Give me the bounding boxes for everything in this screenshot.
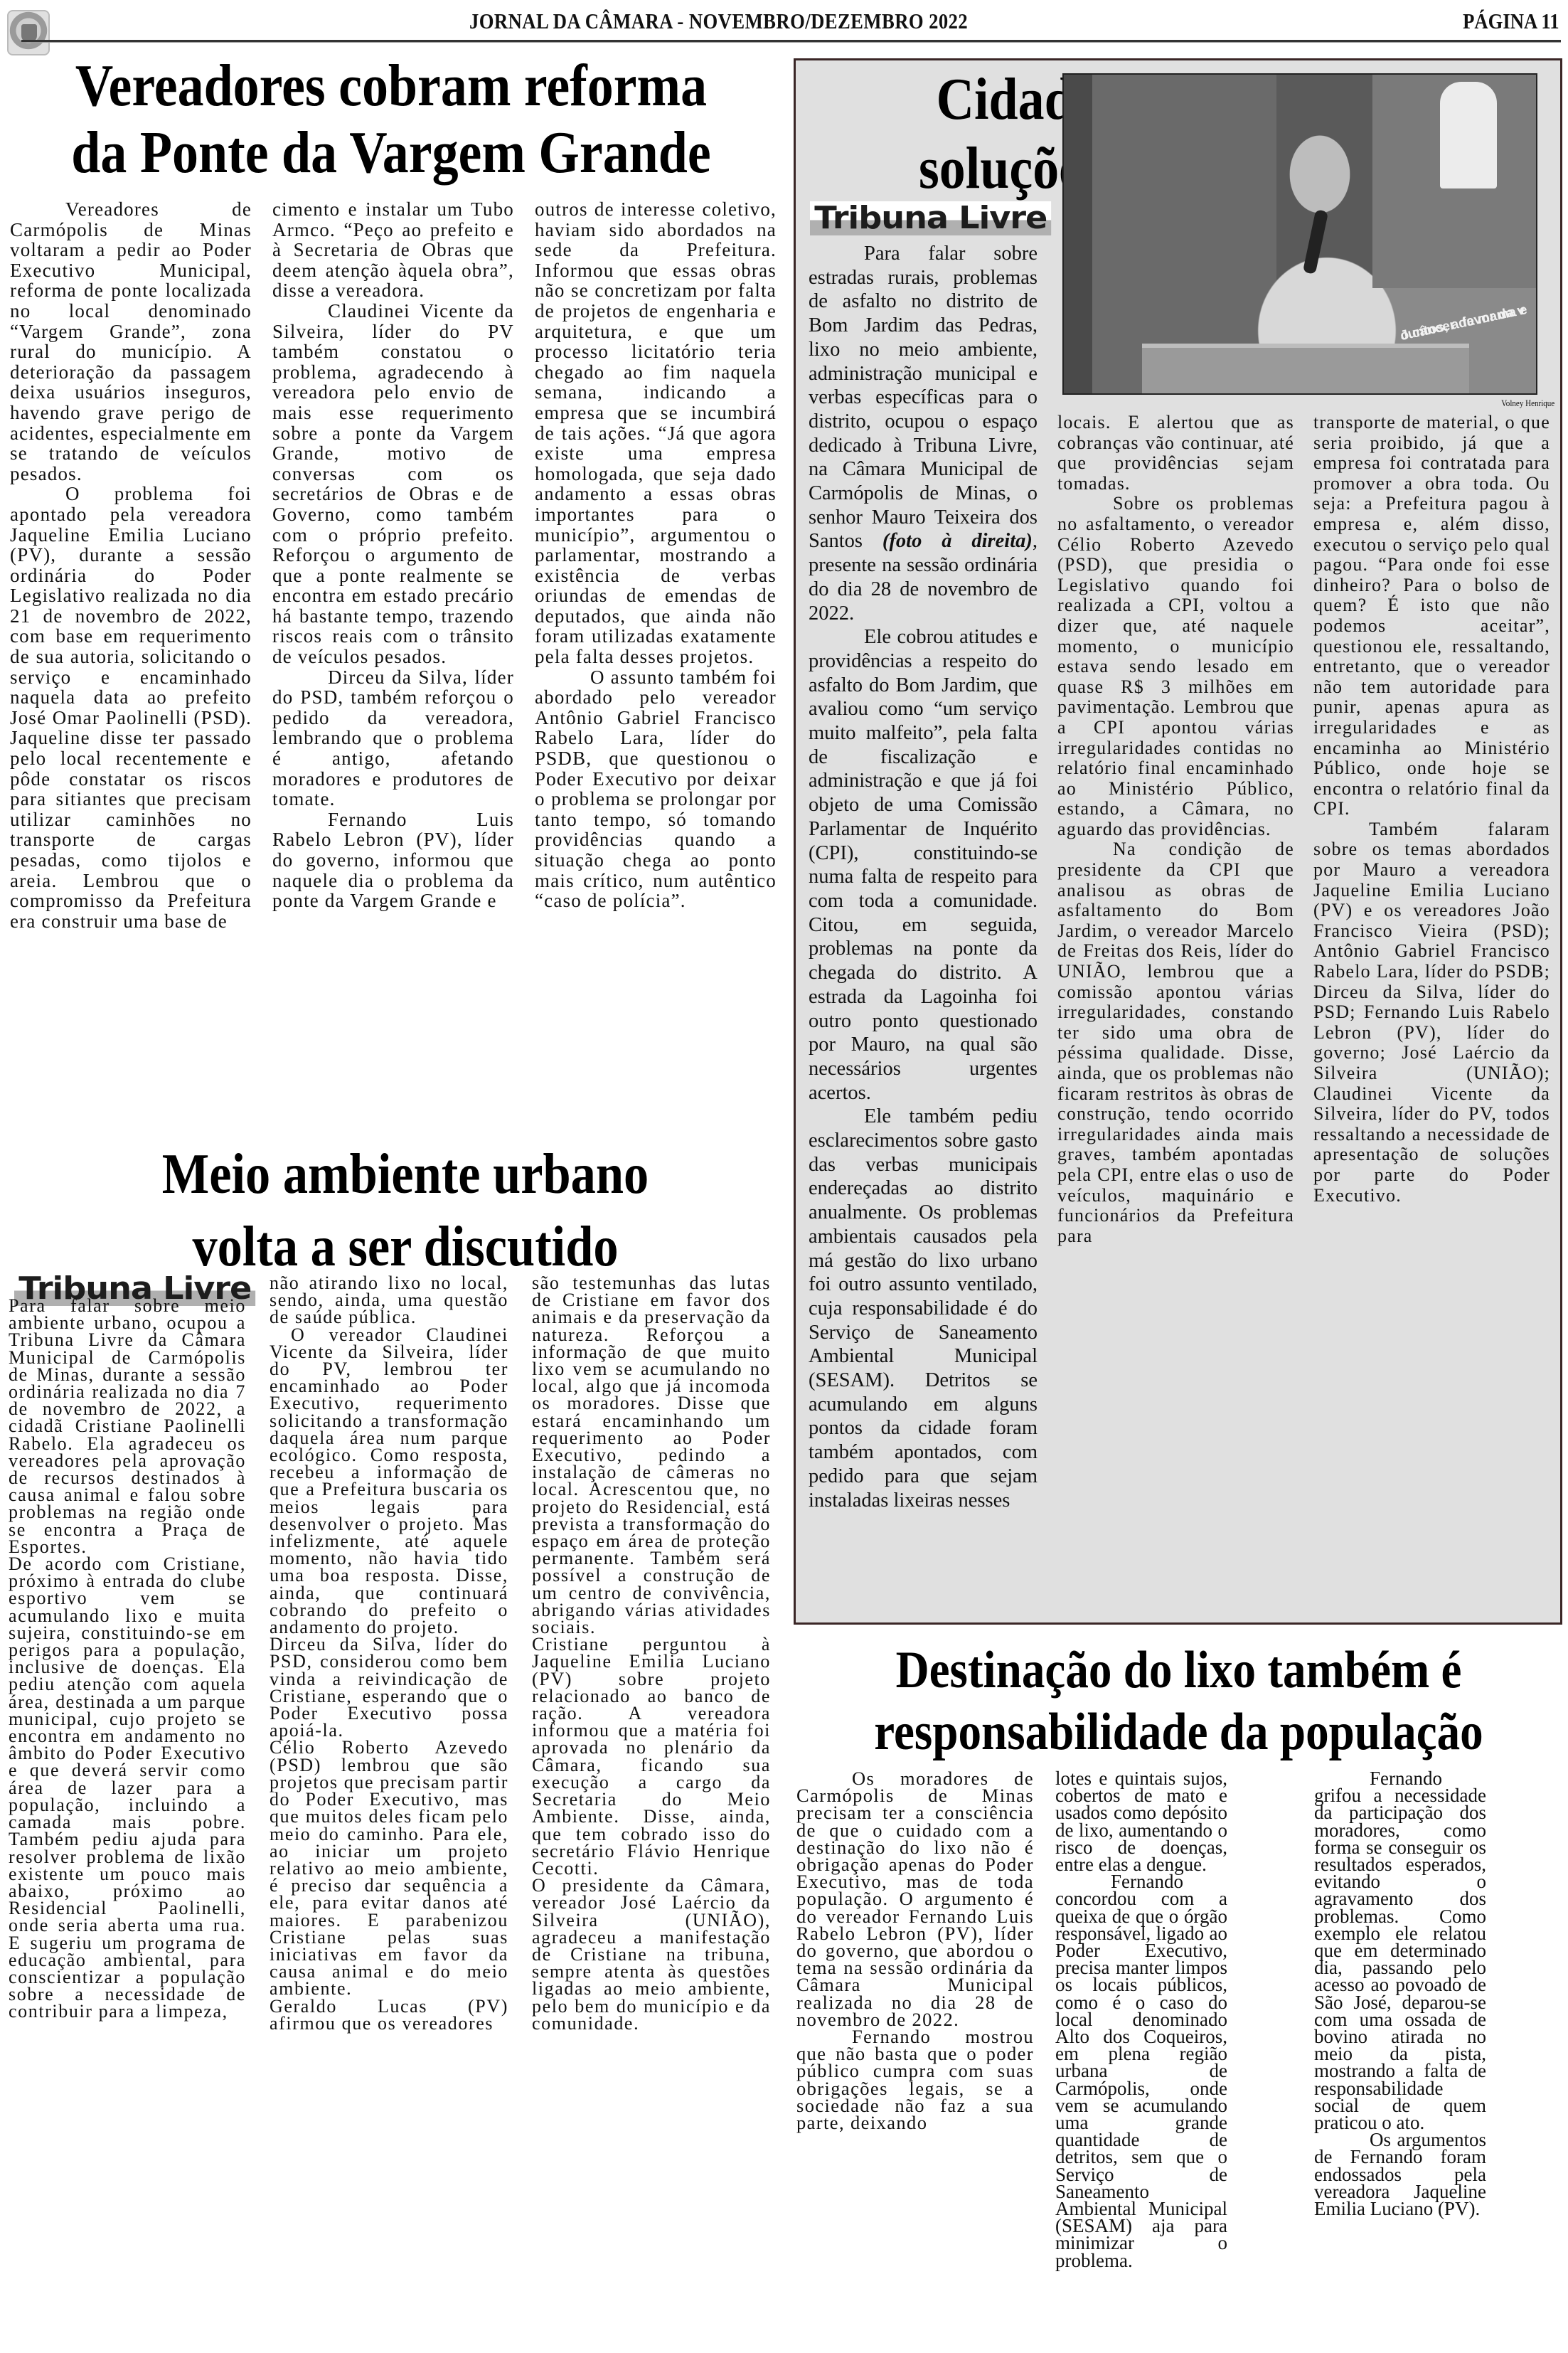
article4-column-2-content: lotes e quintais sujos, cobertos de mato… xyxy=(1055,1770,1227,2269)
paragraph: Para falar sobre estradas rurais, proble… xyxy=(809,242,1038,625)
article2-column-2: locais. E alertou que as cobranças vão c… xyxy=(1057,413,1294,1246)
masthead: JORNAL DA CÂMARA - NOVEMBRO/DEZEMBRO 202… xyxy=(469,9,968,34)
article1-column-3: outros de interesse coletivo, haviam sid… xyxy=(535,199,777,911)
paragraph: Fernando concordou com a queixa de que o… xyxy=(1055,1873,1227,2269)
paragraph: Claudinei Vicente da Silveira, líder do … xyxy=(272,301,514,667)
headline-line: Meio ambiente urbano xyxy=(74,1138,737,1211)
paragraph: Também falaram sobre os temas abordados … xyxy=(1313,819,1550,1206)
paragraph: outros de interesse coletivo, haviam sid… xyxy=(535,199,777,667)
paragraph: Fernando grifou a necessidade da partici… xyxy=(1314,1770,1486,2131)
paragraph: Geraldo Lucas (PV) afirmou que os veread… xyxy=(270,1998,508,2032)
article2-column-3: transporte de material, o que seria proi… xyxy=(1313,413,1550,1206)
article4-column-1: Os moradores de Carmópolis de Minas prec… xyxy=(796,1770,1034,2131)
article1-headline: Vereadores cobram reforma da Ponte da Va… xyxy=(47,53,735,186)
article4-column-3: Fernando grifou a necessidade da partici… xyxy=(1314,1770,1486,2217)
article3-headline: Meio ambiente urbano volta a ser discuti… xyxy=(74,1138,737,1284)
paragraph: O presidente da Câmara, vereador José La… xyxy=(532,1877,771,2032)
headline-line: Vereadores cobram reforma xyxy=(47,53,735,119)
paragraph: Sobre os problemas no asfaltamento, o ve… xyxy=(1057,494,1294,839)
paragraph: lotes e quintais sujos, cobertos de mato… xyxy=(1055,1770,1227,1873)
page-number: PÁGINA 11 xyxy=(1463,9,1559,34)
paragraph: Ele também pediu esclarecimentos sobre g… xyxy=(809,1105,1038,1512)
photo-mauro-teixeira: Juntos, a favor da vo câncer de mama e xyxy=(1062,73,1537,395)
article3-column-2: não atirando lixo no local, sendo, ainda… xyxy=(270,1275,508,2032)
paragraph: Os moradores de Carmópolis de Minas prec… xyxy=(796,1770,1034,2028)
coat-of-arms-logo-icon xyxy=(7,10,50,55)
paragraph: Fernando Luis Rabelo Lebron (PV), líder … xyxy=(272,809,514,911)
paragraph: Vereadores de Carmópolis de Minas voltar… xyxy=(10,199,252,484)
article2-column-1: Para falar sobre estradas rurais, proble… xyxy=(809,242,1038,1512)
paragraph: locais. E alertou que as cobranças vão c… xyxy=(1057,413,1294,494)
banner-figure-icon xyxy=(1440,82,1497,188)
paragraph: Na condição de presidente da CPI que ana… xyxy=(1057,839,1294,1246)
paragraph: Dirceu da Silva, líder do PSD, considero… xyxy=(270,1636,508,1739)
paragraph: Cristiane perguntou à Jaqueline Emilia L… xyxy=(532,1636,771,1877)
paragraph: Para falar sobre meio ambiente urbano, o… xyxy=(9,1297,246,1556)
microphone-icon xyxy=(1303,209,1328,275)
paragraph: Dirceu da Silva, líder do PSD, também re… xyxy=(272,667,514,809)
photo-reference: (foto à direita) xyxy=(882,530,1033,552)
paragraph: O vereador Claudinei Vicente da Silveira… xyxy=(270,1327,508,1637)
paragraph: Fernando mostrou que não basta que o pod… xyxy=(796,2028,1034,2131)
article3-column-3: são testemunhas das lutas de Cristiane e… xyxy=(532,1275,771,2032)
paragraph: cimento e instalar um Tubo Armco. “Peço … xyxy=(272,199,514,301)
paragraph: O assunto também foi abordado pelo verea… xyxy=(535,667,777,911)
paragraph: Célio Roberto Azevedo (PSD) lembrou que … xyxy=(270,1739,508,1997)
article2-box: Cidadão pede obras e soluções para o dis… xyxy=(794,58,1562,1625)
paragraph: O problema foi apontado pela vereadora J… xyxy=(10,484,252,931)
paragraph: são testemunhas das lutas de Cristiane e… xyxy=(532,1275,771,1636)
paragraph: Os argumentos de Fernando foram endossad… xyxy=(1314,2131,1486,2217)
paragraph: não atirando lixo no local, sendo, ainda… xyxy=(270,1275,508,1327)
podium xyxy=(1142,344,1469,393)
headline-line: responsabilidade da população xyxy=(836,1701,1522,1763)
article4-headline: Destinação do lixo também é responsabili… xyxy=(836,1640,1522,1763)
photo-credit: Volney Henrique xyxy=(1501,398,1554,409)
header-rule xyxy=(21,40,1561,43)
article1-column-1: Vereadores de Carmópolis de Minas voltar… xyxy=(10,199,252,931)
paragraph: De acordo com Cristiane, próximo à entra… xyxy=(9,1556,246,2020)
tribuna-livre-badge: Tribuna Livre xyxy=(810,201,1052,235)
headline-line: da Ponte da Vargem Grande xyxy=(47,119,735,186)
paragraph: Ele cobrou atitudes e providências a res… xyxy=(809,625,1038,1105)
headline-line: Destinação do lixo também é xyxy=(836,1640,1522,1701)
article3-column-1: Para falar sobre meio ambiente urbano, o… xyxy=(9,1297,246,2021)
article1-column-2: cimento e instalar um Tubo Armco. “Peço … xyxy=(272,199,514,911)
paragraph: transporte de material, o que seria proi… xyxy=(1313,413,1550,819)
